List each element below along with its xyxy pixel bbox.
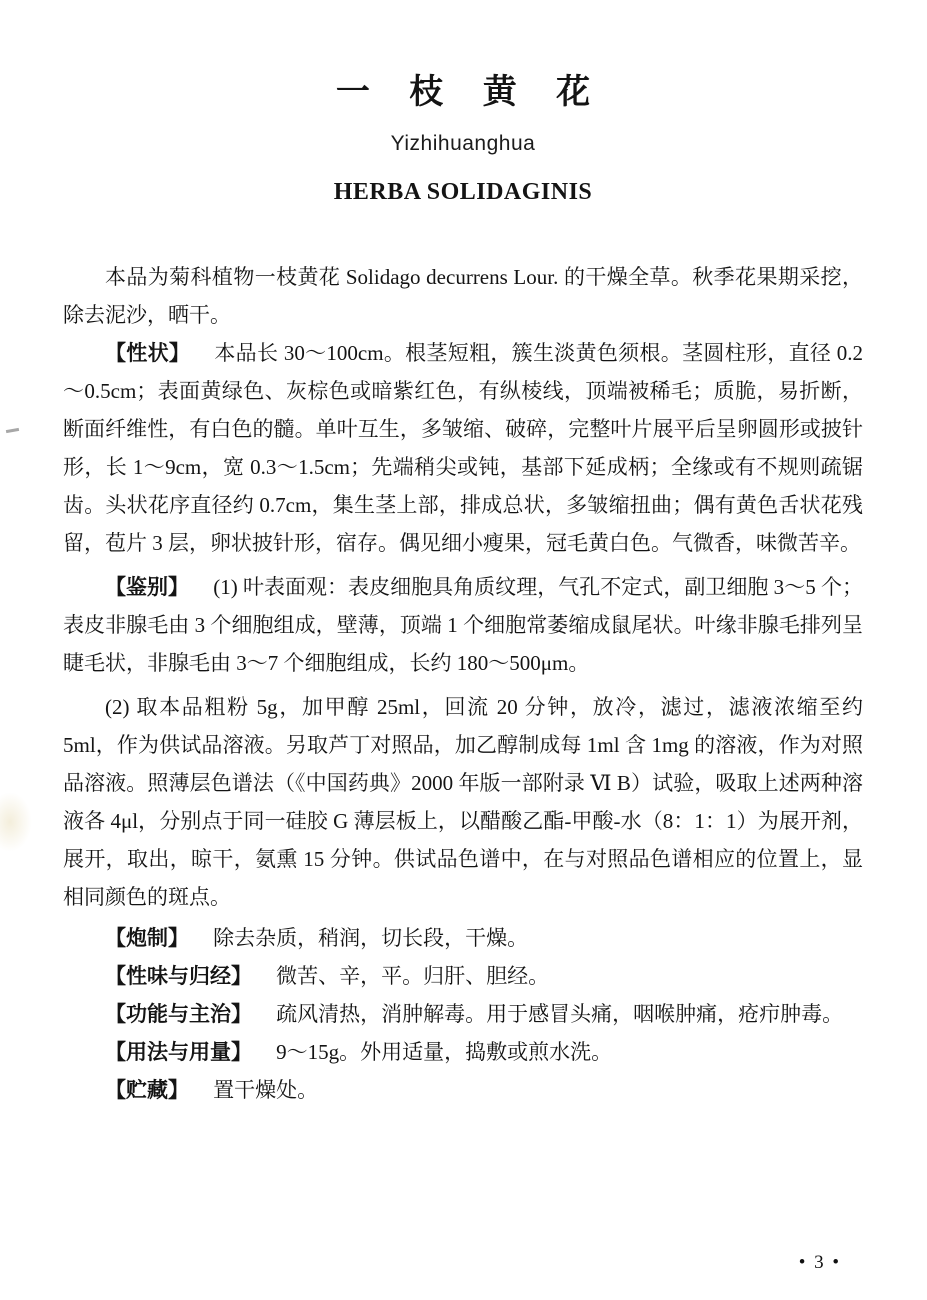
monograph-body: 本品为菊科植物一枝黄花 Solidago decurrens Lour. 的干燥…	[63, 258, 863, 1109]
section-xingzhuang: 【性状】本品长 30～100cm。根茎短粗，簇生淡黄色须根。茎圆柱形，直径 0.…	[63, 334, 863, 562]
section-text-gongneng-zhuzhi: 疏风清热，消肿解毒。用于感冒头痛，咽喉肿痛，疮疖肿毒。	[276, 1002, 843, 1026]
section-label-gongneng-zhuzhi: 【功能与主治】	[105, 1002, 276, 1026]
section-text-paozhi: 除去杂质，稍润，切长段，干燥。	[213, 926, 528, 950]
section-label-paozhi: 【炮制】	[105, 926, 213, 950]
section-text-xingzhuang: 本品长 30～100cm。根茎短粗，簇生淡黄色须根。茎圆柱形，直径 0.2～0.…	[63, 341, 863, 555]
monograph-page: 一 枝 黄 花 Yizhihuanghua HERBA SOLIDAGINIS …	[0, 0, 927, 1109]
section-xingwei-guijing: 【性味与归经】微苦、辛，平。归肝、胆经。	[63, 957, 863, 995]
section-jianbie: 【鉴别】(1) 叶表面观：表皮细胞具角质纹理，气孔不定式，副卫细胞 3～5 个；…	[63, 568, 863, 682]
section-text-zhucang: 置干燥处。	[213, 1078, 318, 1102]
monograph-title-cn: 一 枝 黄 花	[73, 74, 863, 111]
section-label-zhucang: 【贮藏】	[105, 1078, 213, 1102]
monograph-title-pinyin: Yizhihuanghua	[63, 132, 863, 156]
section-text-yongfa-yongliang: 9～15g。外用适量，捣敷或煎水洗。	[276, 1040, 612, 1064]
section-paozhi: 【炮制】除去杂质，稍润，切长段，干燥。	[63, 919, 863, 957]
page-number: • 3 •	[799, 1252, 841, 1274]
section-label-yongfa-yongliang: 【用法与用量】	[105, 1040, 276, 1064]
section-label-xingwei-guijing: 【性味与归经】	[105, 964, 276, 988]
section-jianbie-2: (2) 取本品粗粉 5g，加甲醇 25ml，回流 20 分钟，放冷，滤过，滤液浓…	[63, 688, 863, 916]
section-yongfa-yongliang: 【用法与用量】9～15g。外用适量，捣敷或煎水洗。	[63, 1033, 863, 1071]
section-label-xingzhuang: 【性状】	[105, 341, 214, 365]
section-label-jianbie: 【鉴别】	[105, 575, 213, 599]
section-gongneng-zhuzhi: 【功能与主治】疏风清热，消肿解毒。用于感冒头痛，咽喉肿痛，疮疖肿毒。	[63, 995, 863, 1033]
section-text-jianbie-2: (2) 取本品粗粉 5g，加甲醇 25ml，回流 20 分钟，放冷，滤过，滤液浓…	[63, 695, 863, 909]
section-zhucang: 【贮藏】置干燥处。	[63, 1071, 863, 1109]
intro-paragraph: 本品为菊科植物一枝黄花 Solidago decurrens Lour. 的干燥…	[63, 258, 863, 334]
monograph-title-latin: HERBA SOLIDAGINIS	[63, 179, 863, 206]
section-text-xingwei-guijing: 微苦、辛，平。归肝、胆经。	[276, 964, 549, 988]
intro-text: 本品为菊科植物一枝黄花 Solidago decurrens Lour. 的干燥…	[63, 265, 863, 327]
